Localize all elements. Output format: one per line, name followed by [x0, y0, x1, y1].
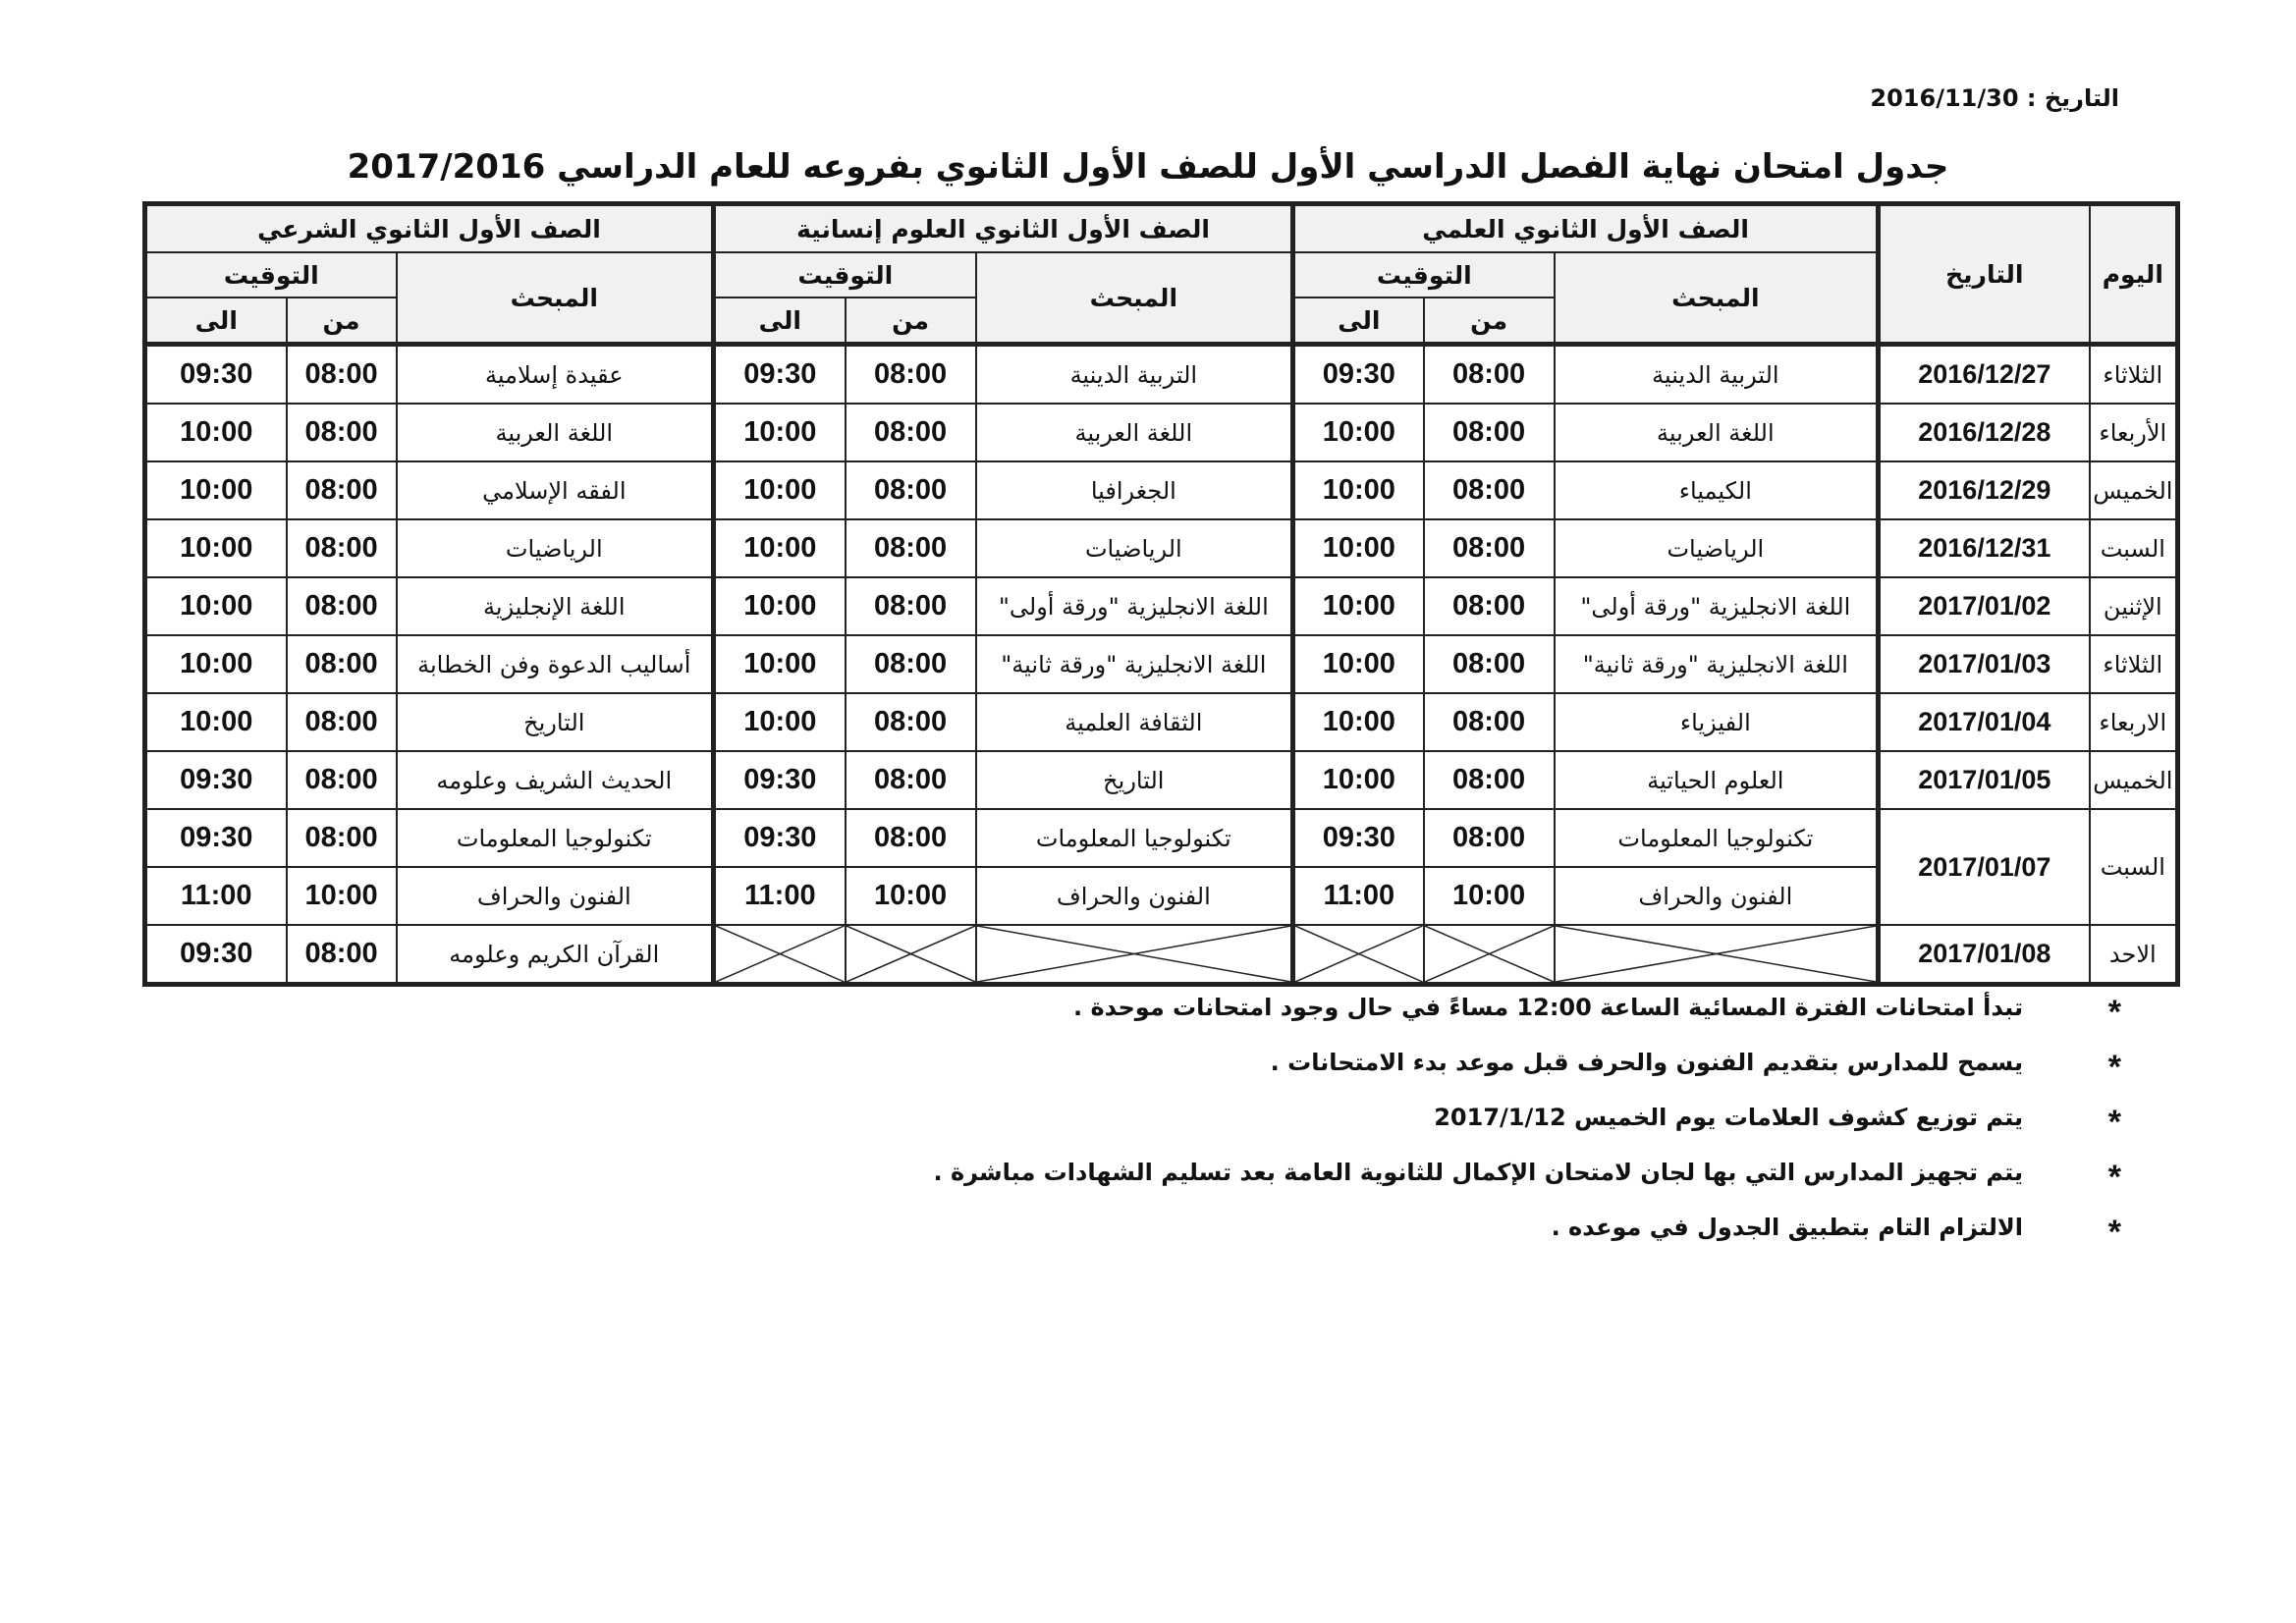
header-from: من [846, 298, 976, 345]
table-body: الثلاثاء2016/12/27التربية الدينية08:0009… [145, 345, 2178, 985]
cell-day: السبت [2090, 809, 2178, 925]
cell-from: 08:00 [846, 519, 976, 577]
cell-from: 08:00 [1424, 461, 1555, 519]
cell-subject: تكنولوجيا المعلومات [1555, 809, 1879, 867]
cell-to: 10:00 [145, 404, 287, 461]
cell-subject: الرياضيات [976, 519, 1293, 577]
crossed-out-icon [1556, 926, 1877, 982]
cell-to: 10:00 [1293, 577, 1424, 635]
cell-subject-empty [976, 925, 1293, 985]
cell-date: 2016/12/27 [1879, 345, 2090, 405]
cell-to: 11:00 [1293, 867, 1424, 925]
cell-to: 10:00 [1293, 693, 1424, 751]
crossed-out-icon [847, 926, 975, 982]
cell-subject: الفنون والحراف [397, 867, 714, 925]
cell-subject: الحديث الشريف وعلومه [397, 751, 714, 809]
cell-day: الأربعاء [2090, 404, 2178, 461]
table-row: السبت2016/12/31الرياضيات08:0010:00الرياض… [145, 519, 2178, 577]
note-item: *يتم تجهيز المدارس التي بها لجان لامتحان… [746, 1159, 2121, 1214]
cell-from: 08:00 [287, 925, 397, 985]
header-group-sharia: الصف الأول الثانوي الشرعي [145, 204, 714, 253]
cell-to: 10:00 [145, 461, 287, 519]
table-row: الثلاثاء2016/12/27التربية الدينية08:0009… [145, 345, 2178, 405]
cell-subject: الفنون والحراف [1555, 867, 1879, 925]
cell-from: 08:00 [1424, 519, 1555, 577]
cell-from: 08:00 [287, 577, 397, 635]
cell-to: 10:00 [714, 461, 846, 519]
cell-to: 09:30 [145, 925, 287, 985]
crossed-out-icon [1295, 926, 1423, 982]
cell-date: 2017/01/05 [1879, 751, 2090, 809]
cell-from: 08:00 [1424, 751, 1555, 809]
cell-subject: تكنولوجيا المعلومات [976, 809, 1293, 867]
notes-list: *تبدأ امتحانات الفترة المسائية الساعة 12… [746, 994, 2121, 1269]
header-subject: المبحث [976, 252, 1293, 345]
cell-to: 10:00 [714, 635, 846, 693]
document-date: التاريخ : 2016/11/30 [1870, 84, 2119, 112]
cell-to: 10:00 [145, 635, 287, 693]
cell-to: 10:00 [1293, 461, 1424, 519]
cell-subject: عقيدة إسلامية [397, 345, 714, 405]
cell-from: 08:00 [846, 751, 976, 809]
cell-from: 08:00 [1424, 635, 1555, 693]
note-item: *يسمح للمدارس بتقديم الفنون والحرف قبل م… [746, 1049, 2121, 1104]
cell-date: 2016/12/28 [1879, 404, 2090, 461]
cell-to: 10:00 [714, 519, 846, 577]
cell-from: 08:00 [1424, 577, 1555, 635]
cell-subject: التاريخ [397, 693, 714, 751]
table-row: الخميس2016/12/29الكيمياء08:0010:00الجغرا… [145, 461, 2178, 519]
table-row: الاحد2017/01/08القرآن الكريم وعلومه08:00… [145, 925, 2178, 985]
cell-from: 08:00 [846, 693, 976, 751]
cell-to: 09:30 [714, 809, 846, 867]
note-item: *الالتزام التام بتطبيق الجدول في موعده . [746, 1214, 2121, 1269]
header-group-scientific: الصف الأول الثانوي العلمي [1293, 204, 1879, 253]
cell-subject: التربية الدينية [976, 345, 1293, 405]
asterisk-bullet-icon: * [2062, 994, 2121, 1032]
cell-day: الإثنين [2090, 577, 2178, 635]
date-label: التاريخ : [2027, 84, 2119, 112]
header-from: من [1424, 298, 1555, 345]
cell-subject: الجغرافيا [976, 461, 1293, 519]
cell-from-empty [846, 925, 976, 985]
note-item: *تبدأ امتحانات الفترة المسائية الساعة 12… [746, 994, 2121, 1049]
crossed-out-icon [1425, 926, 1554, 982]
cell-subject-empty [1555, 925, 1879, 985]
header-subject: المبحث [1555, 252, 1879, 345]
cell-subject: الفنون والحراف [976, 867, 1293, 925]
cell-to: 10:00 [1293, 404, 1424, 461]
cell-date: 2017/01/07 [1879, 809, 2090, 925]
cell-to: 10:00 [714, 577, 846, 635]
cell-from: 08:00 [846, 635, 976, 693]
cell-from: 08:00 [287, 519, 397, 577]
header-timing: التوقيت [145, 252, 397, 298]
cell-subject: اللغة الانجليزية "ورقة ثانية" [1555, 635, 1879, 693]
crossed-out-icon [977, 926, 1291, 982]
cell-subject: تكنولوجيا المعلومات [397, 809, 714, 867]
cell-to: 09:30 [1293, 809, 1424, 867]
note-text: يتم تجهيز المدارس التي بها لجان لامتحان … [933, 1159, 2062, 1186]
cell-subject: اللغة العربية [1555, 404, 1879, 461]
table-row: الإثنين2017/01/02اللغة الانجليزية "ورقة … [145, 577, 2178, 635]
cell-subject: اللغة الانجليزية "ورقة أولى" [1555, 577, 1879, 635]
table-row: الفنون والحراف10:0011:00الفنون والحراف10… [145, 867, 2178, 925]
cell-subject: اللغة العربية [976, 404, 1293, 461]
cell-subject: القرآن الكريم وعلومه [397, 925, 714, 985]
cell-to: 10:00 [714, 693, 846, 751]
cell-subject: التربية الدينية [1555, 345, 1879, 405]
cell-subject: اللغة الانجليزية "ورقة أولى" [976, 577, 1293, 635]
cell-day: السبت [2090, 519, 2178, 577]
header-group-humanities: الصف الأول الثانوي العلوم إنسانية [714, 204, 1293, 253]
cell-to: 09:30 [714, 751, 846, 809]
cell-day: الثلاثاء [2090, 345, 2178, 405]
header-timing: التوقيت [1293, 252, 1555, 298]
cell-from: 08:00 [1424, 693, 1555, 751]
cell-to: 09:30 [714, 345, 846, 405]
cell-date: 2016/12/29 [1879, 461, 2090, 519]
note-item: *يتم توزيع كشوف العلامات يوم الخميس 2017… [746, 1104, 2121, 1159]
cell-day: الثلاثاء [2090, 635, 2178, 693]
header-to: الى [1293, 298, 1424, 345]
cell-to: 09:30 [1293, 345, 1424, 405]
page-title: جدول امتحان نهاية الفصل الدراسي الأول لل… [0, 147, 2296, 187]
cell-from: 10:00 [287, 867, 397, 925]
cell-subject: العلوم الحياتية [1555, 751, 1879, 809]
cell-to: 10:00 [1293, 635, 1424, 693]
cell-from: 08:00 [1424, 809, 1555, 867]
header-from: من [287, 298, 397, 345]
cell-to: 10:00 [145, 577, 287, 635]
table-header: اليوم التاريخ الصف الأول الثانوي العلمي … [145, 204, 2178, 345]
cell-subject: الكيمياء [1555, 461, 1879, 519]
cell-from: 08:00 [846, 461, 976, 519]
cell-subject: الفيزياء [1555, 693, 1879, 751]
cell-from: 08:00 [287, 461, 397, 519]
header-to: الى [714, 298, 846, 345]
header-day: اليوم [2090, 204, 2178, 345]
cell-subject: أساليب الدعوة وفن الخطابة [397, 635, 714, 693]
note-text: يسمح للمدارس بتقديم الفنون والحرف قبل مو… [1271, 1049, 2062, 1076]
cell-to: 10:00 [145, 519, 287, 577]
cell-subject: اللغة العربية [397, 404, 714, 461]
cell-from: 08:00 [846, 809, 976, 867]
exam-schedule-table: اليوم التاريخ الصف الأول الثانوي العلمي … [142, 201, 2180, 987]
asterisk-bullet-icon: * [2062, 1214, 2121, 1252]
note-text: الالتزام التام بتطبيق الجدول في موعده . [1552, 1214, 2062, 1241]
cell-from: 08:00 [287, 751, 397, 809]
cell-date: 2017/01/03 [1879, 635, 2090, 693]
asterisk-bullet-icon: * [2062, 1159, 2121, 1197]
cell-from: 08:00 [1424, 404, 1555, 461]
table-row: الاربعاء2017/01/04الفيزياء08:0010:00الثق… [145, 693, 2178, 751]
cell-day: الخميس [2090, 461, 2178, 519]
header-date: التاريخ [1879, 204, 2090, 345]
cell-to: 10:00 [145, 693, 287, 751]
cell-to: 10:00 [1293, 519, 1424, 577]
header-timing: التوقيت [714, 252, 976, 298]
cell-to: 11:00 [145, 867, 287, 925]
cell-from: 10:00 [846, 867, 976, 925]
cell-subject: الفقه الإسلامي [397, 461, 714, 519]
cell-to-empty [1293, 925, 1424, 985]
cell-to-empty [714, 925, 846, 985]
cell-subject: الرياضيات [397, 519, 714, 577]
cell-from: 08:00 [287, 404, 397, 461]
cell-date: 2017/01/02 [1879, 577, 2090, 635]
header-subject: المبحث [397, 252, 714, 345]
cell-subject: اللغة الانجليزية "ورقة ثانية" [976, 635, 1293, 693]
cell-day: الاربعاء [2090, 693, 2178, 751]
cell-to: 09:30 [145, 345, 287, 405]
table-row: الخميس2017/01/05العلوم الحياتية08:0010:0… [145, 751, 2178, 809]
cell-from: 08:00 [287, 635, 397, 693]
cell-to: 10:00 [714, 404, 846, 461]
table-row: السبت2017/01/07تكنولوجيا المعلومات08:000… [145, 809, 2178, 867]
cell-subject: الرياضيات [1555, 519, 1879, 577]
cell-from: 10:00 [1424, 867, 1555, 925]
date-value: 2016/11/30 [1870, 84, 2018, 112]
header-to: الى [145, 298, 287, 345]
table-row: الأربعاء2016/12/28اللغة العربية08:0010:0… [145, 404, 2178, 461]
cell-from: 08:00 [287, 693, 397, 751]
cell-from-empty [1424, 925, 1555, 985]
cell-date: 2017/01/08 [1879, 925, 2090, 985]
cell-day: الاحد [2090, 925, 2178, 985]
cell-to: 09:30 [145, 809, 287, 867]
cell-from: 08:00 [287, 809, 397, 867]
asterisk-bullet-icon: * [2062, 1049, 2121, 1087]
table-row: الثلاثاء2017/01/03اللغة الانجليزية "ورقة… [145, 635, 2178, 693]
note-text: تبدأ امتحانات الفترة المسائية الساعة 12:… [1073, 994, 2062, 1021]
cell-date: 2017/01/04 [1879, 693, 2090, 751]
cell-to: 10:00 [1293, 751, 1424, 809]
cell-subject: الثقافة العلمية [976, 693, 1293, 751]
cell-subject: اللغة الإنجليزية [397, 577, 714, 635]
cell-from: 08:00 [846, 404, 976, 461]
note-text: يتم توزيع كشوف العلامات يوم الخميس 2017/… [1434, 1104, 2062, 1131]
cell-from: 08:00 [846, 345, 976, 405]
cell-date: 2016/12/31 [1879, 519, 2090, 577]
cell-from: 08:00 [846, 577, 976, 635]
cell-from: 08:00 [287, 345, 397, 405]
cell-to: 09:30 [145, 751, 287, 809]
cell-subject: التاريخ [976, 751, 1293, 809]
asterisk-bullet-icon: * [2062, 1104, 2121, 1142]
cell-to: 11:00 [714, 867, 846, 925]
crossed-out-icon [716, 926, 845, 982]
cell-from: 08:00 [1424, 345, 1555, 405]
cell-day: الخميس [2090, 751, 2178, 809]
